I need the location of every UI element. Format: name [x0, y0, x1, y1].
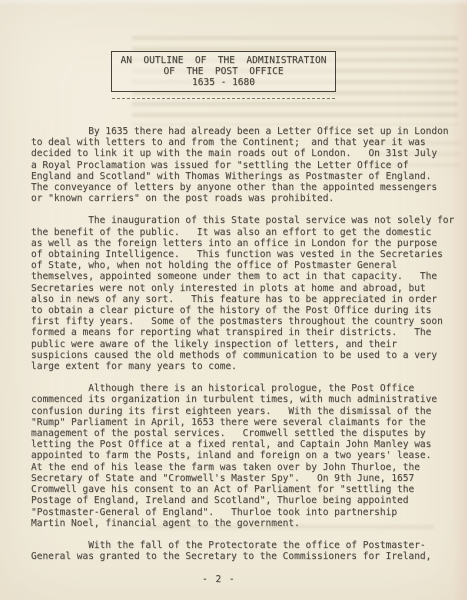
document-title-line-3: 1635 - 1680	[112, 77, 335, 88]
document-page: AN OUTLINE OF THE ADMINISTRATION OF THE …	[0, 0, 467, 600]
title-box: AN OUTLINE OF THE ADMINISTRATION OF THE …	[111, 51, 336, 92]
document-title-line-2: OF THE POST OFFICE	[112, 66, 335, 77]
document-body: By 1635 there had already been a Letter …	[31, 126, 451, 573]
paragraph-4: With the fall of the Protectorate the of…	[31, 540, 451, 562]
page-number: - 2 -	[202, 574, 236, 585]
paragraph-2: The inauguration of this State postal se…	[31, 215, 451, 372]
paragraph-3: Although there is an historical prologue…	[31, 383, 451, 529]
document-title-line-1: AN OUTLINE OF THE ADMINISTRATION	[112, 55, 335, 66]
title-box-underline	[112, 98, 335, 99]
paragraph-1: By 1635 there had already been a Letter …	[31, 126, 451, 204]
